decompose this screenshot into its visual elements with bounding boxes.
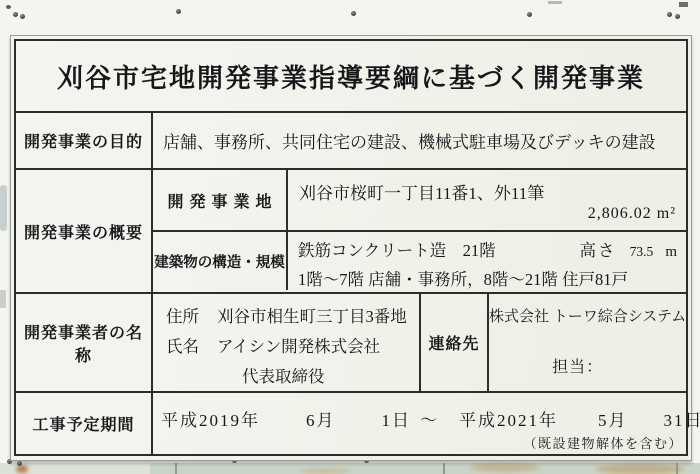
purpose-content: 店舗、事務所、共同住宅の建設、機械式駐車場及びデッキの建設 bbox=[151, 113, 686, 168]
building-structure: 鉄筋コンクリート造 21階 bbox=[298, 237, 496, 261]
height-label: 高さ bbox=[579, 241, 616, 260]
height-unit: m bbox=[665, 244, 677, 260]
height-value: 73.5 bbox=[630, 244, 654, 259]
wall-smudge bbox=[0, 185, 7, 231]
developer-name: アイシン開発株式会社 bbox=[217, 337, 380, 356]
site-row: 開発事業地 刈谷市桜町一丁目11番1、外11筆 2,806.02 m² bbox=[153, 170, 686, 230]
sign-table: 刈谷市宅地開発事業指導要綱に基づく開発事業 開発事業の目的 店舗、事務所、共同住… bbox=[14, 39, 688, 456]
developer-address-label: 住所 bbox=[166, 307, 199, 326]
developer-representative: 代表取締役 bbox=[242, 363, 419, 387]
period-header: 工事予定期間 bbox=[16, 393, 151, 454]
period-start-month: 6月 bbox=[306, 406, 336, 431]
period-note: （既設建物解体を含む） bbox=[523, 433, 683, 452]
purpose-header: 開発事業の目的 bbox=[16, 113, 151, 168]
title-row: 刈谷市宅地開発事業指導要綱に基づく開発事業 bbox=[16, 41, 686, 111]
wall-smudge bbox=[0, 290, 6, 308]
overview-stack: 開発事業地 刈谷市桜町一丁目11番1、外11筆 2,806.02 m² 建築物の… bbox=[151, 170, 686, 292]
rust-stain bbox=[16, 465, 28, 473]
construction-notice-sign: 刈谷市宅地開発事業指導要綱に基づく開発事業 開発事業の目的 店舗、事務所、共同住… bbox=[10, 35, 692, 461]
overview-header: 開発事業の概要 bbox=[16, 170, 151, 292]
purpose-row: 開発事業の目的 店舗、事務所、共同住宅の建設、機械式駐車場及びデッキの建設 bbox=[16, 111, 686, 168]
site-address: 刈谷市桜町一丁目11番1、外11筆 bbox=[299, 179, 544, 204]
screw-icon bbox=[351, 11, 356, 16]
building-height: 高さ 73.5 m bbox=[579, 237, 677, 261]
building-content: 鉄筋コンクリート造 21階 高さ 73.5 m 1階～7階 店舗・事務所，8階～… bbox=[286, 232, 686, 290]
sign-title: 刈谷市宅地開発事業指導要綱に基づく開発事業 bbox=[57, 58, 645, 95]
site-area: 2,806.02 m² bbox=[588, 205, 676, 223]
developer-row: 開発事業者の名称 住所刈谷市相生町三丁目3番地 氏名アイシン開発株式会社 代表取… bbox=[16, 292, 686, 391]
screw-icon bbox=[527, 12, 532, 17]
period-start-day: 1日 bbox=[382, 406, 412, 431]
contact-person-label: 担当： bbox=[489, 354, 666, 377]
period-content: 平成2019年 6月 1日 ～ 平成2021年 5月 31日 （既設建物解体を含… bbox=[151, 393, 686, 454]
period-range-mark: ～ bbox=[420, 406, 437, 431]
screw-icon bbox=[176, 9, 181, 14]
rust-stain bbox=[300, 468, 350, 474]
screw-icon bbox=[20, 14, 25, 19]
contact-company: 株式会社 トーワ綜合システム bbox=[489, 305, 686, 326]
screw-icon bbox=[675, 14, 680, 19]
wall-seam bbox=[443, 463, 445, 474]
overview-row: 開発事業の概要 開発事業地 刈谷市桜町一丁目11番1、外11筆 2,806.02… bbox=[16, 168, 686, 292]
contact-label: 連絡先 bbox=[419, 294, 487, 391]
rust-stain bbox=[595, 464, 685, 474]
developer-address: 刈谷市相生町三丁目3番地 bbox=[217, 307, 407, 326]
site-content: 刈谷市桜町一丁目11番1、外11筆 2,806.02 m² bbox=[286, 170, 686, 230]
period-end-month: 5月 bbox=[598, 406, 628, 431]
wall-mark bbox=[548, 1, 562, 4]
period-end-day: 31日 bbox=[664, 406, 700, 431]
screw-icon bbox=[667, 12, 672, 17]
contact-company-cell: 株式会社 トーワ綜合システム 担当： bbox=[487, 294, 686, 391]
wall-mark bbox=[679, 2, 688, 7]
building-label: 建築物の構造・規模 bbox=[153, 232, 286, 290]
period-row: 工事予定期間 平成2019年 6月 1日 ～ 平成2021年 5月 31日 （既… bbox=[16, 391, 686, 454]
wall-mark bbox=[6, 5, 11, 9]
wall-seam bbox=[175, 463, 177, 474]
building-row: 建築物の構造・規模 鉄筋コンクリート造 21階 高さ 73.5 m 1階～7階 bbox=[153, 230, 686, 290]
developer-header: 開発事業者の名称 bbox=[16, 294, 151, 391]
period-end-era-year: 平成2021年 bbox=[459, 406, 558, 431]
period-dates: 平成2019年 6月 1日 ～ 平成2021年 5月 31日 bbox=[153, 406, 700, 431]
signboard-photo: 刈谷市宅地開発事業指導要綱に基づく開発事業 開発事業の目的 店舗、事務所、共同住… bbox=[0, 0, 700, 474]
screw-icon bbox=[17, 461, 22, 466]
developer-name-label: 氏名 bbox=[166, 337, 199, 356]
building-floors: 1階～7階 店舗・事務所，8階～21階 住戸81戸 bbox=[298, 266, 677, 290]
developer-info: 住所刈谷市相生町三丁目3番地 氏名アイシン開発株式会社 代表取締役 bbox=[151, 294, 419, 391]
screw-icon bbox=[13, 12, 18, 17]
rust-stain bbox=[470, 463, 540, 472]
site-label: 開発事業地 bbox=[153, 170, 286, 230]
period-start-era-year: 平成2019年 bbox=[161, 406, 260, 431]
